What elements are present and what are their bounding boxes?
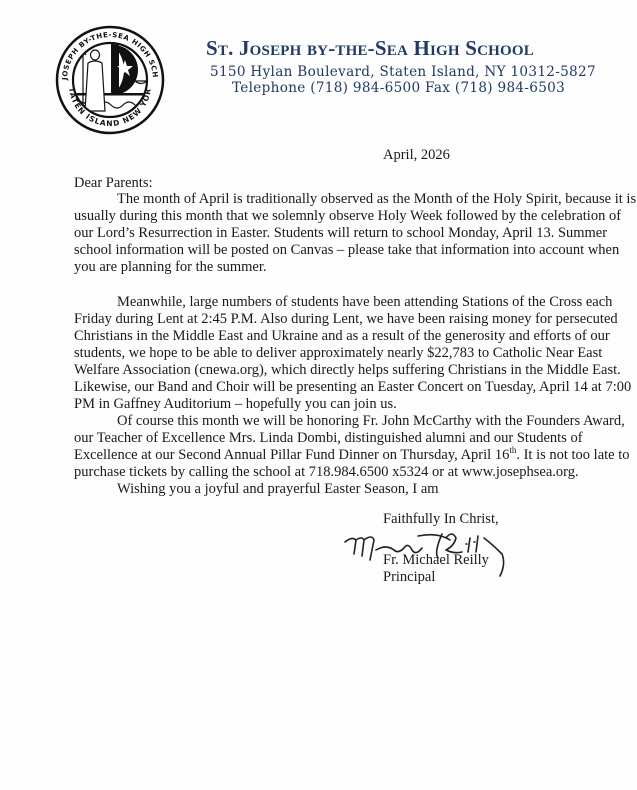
paragraph-line: students, we hope to be able to deliver … [74,345,614,362]
paragraph-line: you are planning for the summer. [74,259,614,276]
paragraph-line: Wishing you a joyful and prayerful Easte… [74,481,614,498]
signer-name: Fr. Michael Reilly [383,552,489,569]
school-phone-fax: Telephone (718) 984-6500 Fax (718) 984-6… [232,80,565,96]
paragraph-line: Christians in the Middle East and Ukrain… [74,328,614,345]
paragraph-line: Likewise, our Band and Choir will be pre… [74,379,614,396]
salutation: Dear Parents: [74,175,153,192]
paragraph-4: Wishing you a joyful and prayerful Easte… [74,481,614,498]
paragraph-line: Excellence at our Second Annual Pillar F… [74,447,614,464]
paragraph-line: Meanwhile, large numbers of students hav… [74,294,614,311]
line-tail: . It is not too late to [516,447,629,463]
paragraph-line: our Lord’s Resurrection in Easter. Stude… [74,225,614,242]
paragraph-line: school information will be posted on Can… [74,242,614,259]
paragraph-line: Friday during Lent at 2:45 P.M. Also dur… [74,311,614,328]
paragraph-line: PM in Gaffney Auditorium – hopefully you… [74,396,614,413]
letter-date: April, 2026 [383,147,450,164]
paragraph-line: Of course this month we will be honoring… [74,413,614,430]
school-seal-icon: ST. JOSEPH BY-THE-SEA HIGH SCHOOL STATEN… [55,25,165,135]
closing: Faithfully In Christ, [383,511,499,528]
paragraph-line: our Teacher of Excellence Mrs. Linda Dom… [74,430,614,447]
school-address: 5150 Hylan Boulevard, Staten Island, NY … [210,64,596,80]
school-name: St. Joseph by-the-Sea High School [206,36,534,61]
signer-title: Principal [383,569,435,586]
paragraph-line: purchase tickets by calling the school a… [74,464,614,481]
line-text: Excellence at our Second Annual Pillar F… [74,447,509,463]
paragraph-line: Welfare Association (cnewa.org), which d… [74,362,614,379]
paragraph-3: Of course this month we will be honoring… [74,413,614,481]
paragraph-1: The month of April is traditionally obse… [74,191,614,276]
paragraph-line: The month of April is traditionally obse… [74,191,614,208]
paragraph-line: usually during this month that we solemn… [74,208,614,225]
paragraph-2: Meanwhile, large numbers of students hav… [74,294,614,413]
